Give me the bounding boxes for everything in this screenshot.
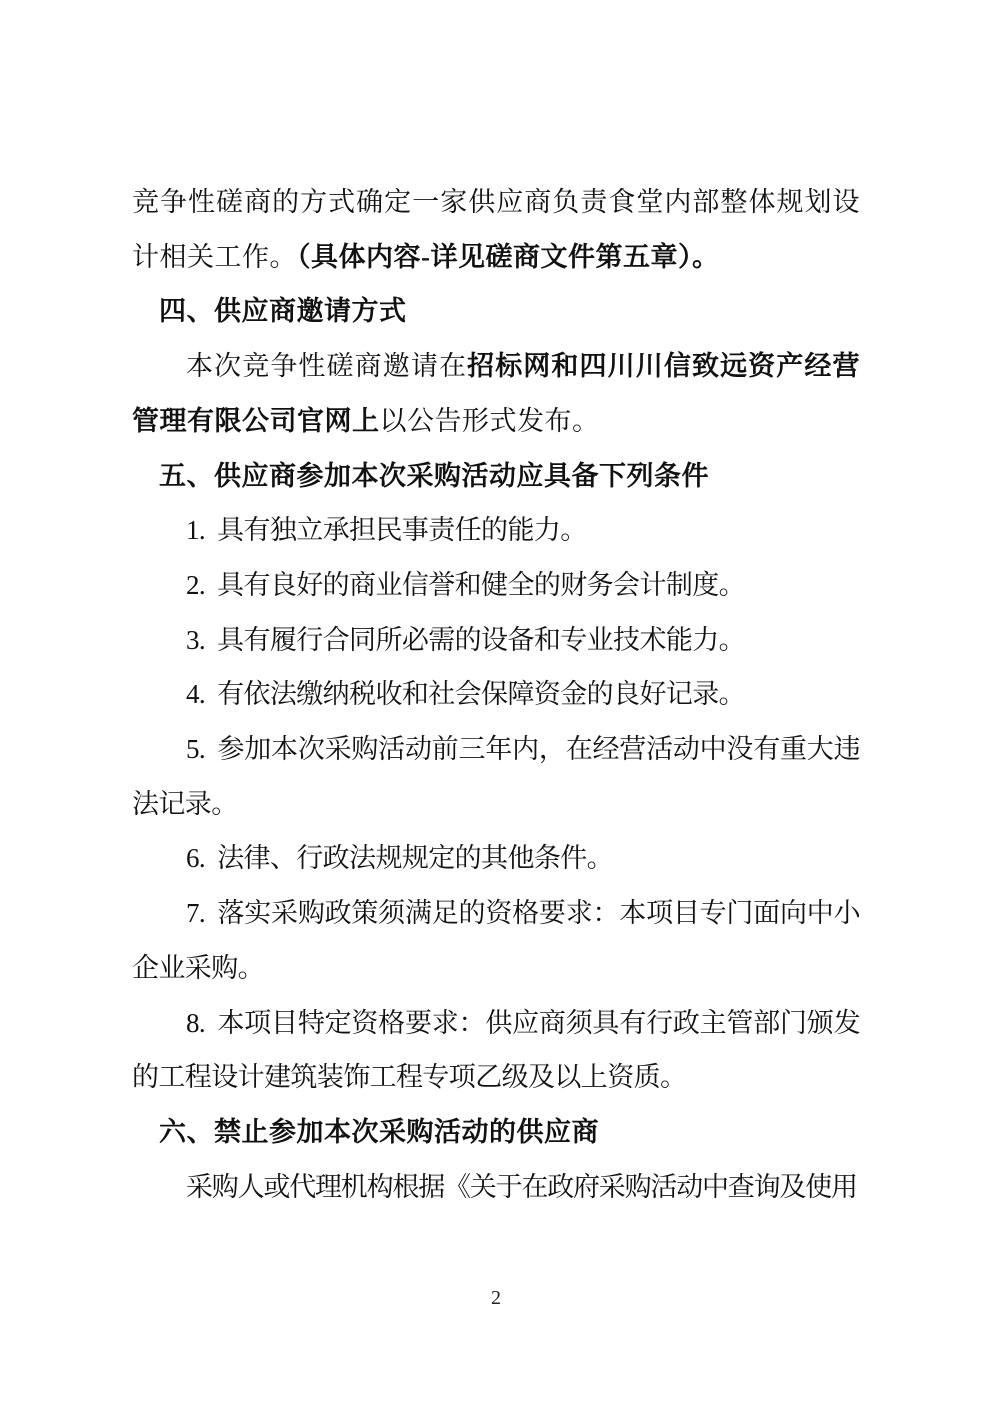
- condition-item-2-text: 具有良好的商业信誉和健全的财务会计制度。: [217, 570, 745, 600]
- condition-item-5-text: 参加本次采购活动前三年内，在经营活动中没有重大违法记录。: [132, 734, 860, 819]
- condition-item-3: 3.具有履行合同所必需的设备和专业技术能力。: [132, 613, 860, 668]
- condition-item-8: 8.本项目特定资格要求：供应商须具有行政主管部门颁发的工程设计建筑装饰工程专项乙…: [132, 996, 860, 1105]
- condition-item-1-text: 具有独立承担民事责任的能力。: [217, 515, 587, 545]
- condition-item-2-number: 2.: [186, 570, 205, 600]
- section6-paragraph: 采购人或代理机构根据《关于在政府采购活动中查询及使用: [132, 1160, 860, 1215]
- condition-item-3-number: 3.: [186, 625, 205, 655]
- continuation-paragraph-bold-note: （具体内容-详见磋商文件第五章）。: [297, 242, 720, 272]
- condition-item-4-text: 有依法缴纳税收和社会保障资金的良好记录。: [217, 679, 745, 709]
- section4-paragraph-pre: 本次竞争性磋商邀请在: [186, 351, 467, 381]
- condition-item-7-number: 7.: [186, 898, 205, 928]
- condition-item-6-text: 法律、行政法规规定的其他条件。: [217, 843, 613, 873]
- condition-item-4: 4.有依法缴纳税收和社会保障资金的良好记录。: [132, 667, 860, 722]
- page-content: 竞争性磋商的方式确定一家供应商负责食堂内部整体规划设计相关工作。（具体内容-详见…: [132, 175, 860, 1214]
- section4-paragraph: 本次竞争性磋商邀请在招标网和四川川信致远资产经营管理有限公司官网上以公告形式发布…: [132, 339, 860, 448]
- condition-item-4-number: 4.: [186, 679, 205, 709]
- section6-heading: 六、禁止参加本次采购活动的供应商: [132, 1105, 860, 1160]
- condition-item-8-text: 本项目特定资格要求：供应商须具有行政主管部门颁发的工程设计建筑装饰工程专项乙级及…: [132, 1008, 860, 1093]
- condition-item-1-number: 1.: [186, 515, 205, 545]
- section5-heading: 五、供应商参加本次采购活动应具备下列条件: [132, 449, 860, 504]
- page-number: 2: [0, 1287, 992, 1310]
- section4-paragraph-post: 以公告形式发布。: [380, 406, 600, 436]
- condition-item-6-number: 6.: [186, 843, 205, 873]
- section4-heading: 四、供应商邀请方式: [132, 284, 860, 339]
- condition-item-2: 2.具有良好的商业信誉和健全的财务会计制度。: [132, 558, 860, 613]
- condition-item-3-text: 具有履行合同所必需的设备和专业技术能力。: [217, 625, 745, 655]
- condition-item-8-number: 8.: [186, 1008, 205, 1038]
- condition-item-6: 6.法律、行政法规规定的其他条件。: [132, 831, 860, 886]
- condition-item-5-number: 5.: [186, 734, 205, 764]
- condition-item-1: 1.具有独立承担民事责任的能力。: [132, 503, 860, 558]
- condition-item-7-text: 落实采购政策须满足的资格要求：本项目专门面向中小企业采购。: [132, 898, 860, 983]
- continuation-paragraph: 竞争性磋商的方式确定一家供应商负责食堂内部整体规划设计相关工作。（具体内容-详见…: [132, 175, 860, 284]
- document-page: 竞争性磋商的方式确定一家供应商负责食堂内部整体规划设计相关工作。（具体内容-详见…: [0, 0, 992, 1403]
- condition-item-5: 5.参加本次采购活动前三年内，在经营活动中没有重大违法记录。: [132, 722, 860, 831]
- condition-item-7: 7.落实采购政策须满足的资格要求：本项目专门面向中小企业采购。: [132, 886, 860, 995]
